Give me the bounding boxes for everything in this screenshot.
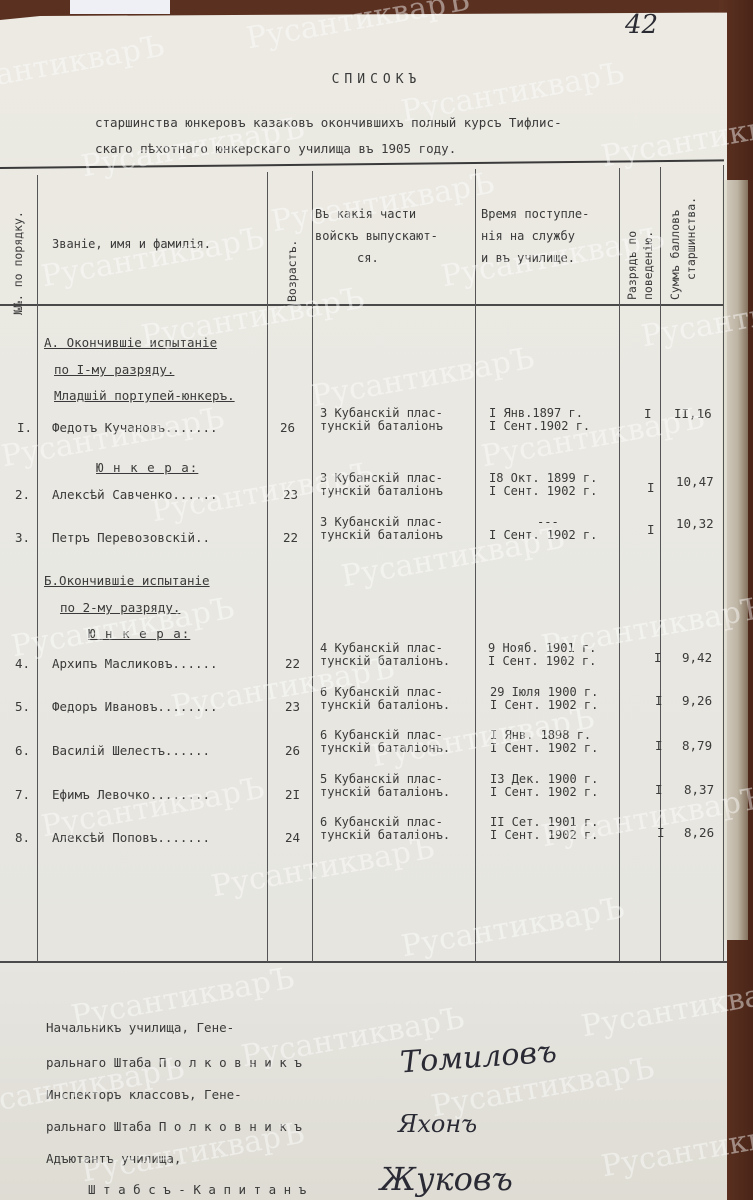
row-num: 4.: [15, 656, 30, 671]
row-unit-line: тунскій баталіонъ.: [320, 655, 450, 668]
row-dates: I Янв. 1898 г.I Сент. 1902 г.: [490, 729, 598, 755]
row-conduct: I: [644, 406, 652, 421]
row-date-line: I Сент. 1902 г.: [490, 829, 598, 842]
row-name: Ефимъ Левочко........: [52, 787, 210, 802]
col-divider: [723, 165, 724, 962]
row-conduct: I: [657, 825, 665, 840]
header-bottom-border: [0, 304, 724, 306]
row-name: Алексѣй Савченко......: [52, 487, 218, 502]
row-date-line: I Сент. 1902 г.: [488, 655, 596, 668]
row-score: 9,42: [682, 650, 712, 665]
row-unit: 5 Кубанскій плас-тунскій баталіонъ.: [320, 773, 450, 799]
inspector-signature: Яхонъ: [398, 1110, 477, 1138]
section-a-title: А. Окончившіе испытаніе: [44, 335, 217, 350]
row-date-line: I Сент.1902 г.: [489, 420, 590, 433]
row-unit: 3 Кубанскій плас-тунскій баталіонъ: [320, 516, 443, 542]
row-dates: I Янв.1897 г.I Сент.1902 г.: [489, 407, 590, 433]
header-time-line: и въ училище.: [481, 247, 589, 269]
row-name: Архипъ Масликовъ......: [52, 656, 218, 671]
row-conduct: I: [655, 782, 663, 797]
row-num: 7.: [15, 787, 30, 802]
adjutant-signature: Жуковъ: [380, 1160, 513, 1198]
row-score: 8,37: [684, 782, 714, 797]
section-b-subtitle: по 2-му разряду.: [60, 600, 180, 615]
row-age: 24: [285, 830, 300, 845]
row-name: Федотъ Кучановъ.......: [52, 420, 218, 435]
row-age: 26: [280, 420, 295, 435]
row-conduct: I: [655, 693, 663, 708]
header-age: Возрастъ.: [284, 240, 300, 302]
inspector-title-line-2: ральнаго Штаба П о л к о в н и к ъ: [46, 1119, 302, 1134]
row-num: 5.: [15, 699, 30, 714]
row-conduct: I: [647, 480, 655, 495]
row-date-line: I Сент. 1902 г.: [490, 699, 598, 712]
header-score-line: старшинства.: [683, 197, 699, 300]
row-unit-line: тунскій баталіонъ.: [320, 829, 450, 842]
section-a-rank: Младшій портупей-юнкеръ.: [54, 388, 235, 403]
row-num: I.: [17, 420, 32, 435]
header-name: Званіе, имя и фамилія.: [52, 233, 211, 255]
row-date-line: I Сент. 1902 г.: [489, 485, 597, 498]
row-unit-line: тунскій баталіонъ.: [320, 786, 450, 799]
header-unit: Въ какія части войскъ выпускают- ся.: [315, 203, 438, 269]
row-name: Петръ Перевозовскій..: [52, 530, 210, 545]
col-divider: [660, 167, 661, 962]
header-score-line: Суммъ балловъ: [667, 197, 683, 300]
header-time-line: Время поступле-: [481, 203, 589, 225]
adjutant-title-line-1: Адъютантъ училища,: [46, 1151, 181, 1166]
torn-edge: [722, 180, 748, 940]
row-unit-line: тунскій баталіонъ: [320, 529, 443, 542]
inspector-title-line-1: Инспекторъ классовъ, Гене-: [46, 1087, 242, 1102]
row-age: 23: [285, 699, 300, 714]
header-time: Время поступле- нія на службу и въ учили…: [481, 203, 589, 269]
row-name: Василій Шелестъ......: [52, 743, 210, 758]
row-unit-line: тунскій баталіонъ.: [320, 742, 450, 755]
row-score: 9,26: [682, 693, 712, 708]
header-conduct: Разрядъ по поведенію.: [624, 231, 656, 300]
row-age: 2I: [285, 787, 300, 802]
col-divider: [267, 172, 268, 962]
row-unit-line: тунскій баталіонъ.: [320, 699, 450, 712]
header-unit-line: Въ какія части: [315, 203, 438, 225]
header-time-line: нія на службу: [481, 225, 589, 247]
row-age: 22: [283, 530, 298, 545]
subtitle-line-1: старшинства юнкеровъ казаковъ окончивших…: [95, 110, 655, 136]
row-conduct: I: [654, 650, 662, 665]
row-date-line: I Сент. 1902 г.: [490, 786, 598, 799]
row-num: 6.: [15, 743, 30, 758]
header-score: Суммъ балловъ старшинства.: [667, 197, 699, 300]
row-score: II,16: [674, 406, 712, 421]
row-conduct: I: [655, 738, 663, 753]
col-divider: [475, 169, 476, 962]
row-score: 10,47: [676, 474, 714, 489]
row-dates: ---I Сент. 1902 г.: [489, 516, 597, 542]
row-age: 22: [285, 656, 300, 671]
row-dates: 29 Іюля 1900 г.I Сент. 1902 г.: [490, 686, 598, 712]
head-title-line-2: ральнаго Штаба П о л к о в н и к ъ: [46, 1055, 302, 1070]
row-unit-line: тунскій баталіонъ: [320, 485, 443, 498]
header-unit-line: войскъ выпускают-: [315, 225, 438, 247]
row-date-line: I Сент. 1902 г.: [489, 529, 597, 542]
section-a-junkers: Ю н к е р а:: [96, 460, 198, 475]
row-score: 8,26: [684, 825, 714, 840]
row-dates: I3 Дек. 1900 г.I Сент. 1902 г.: [490, 773, 598, 799]
table-bottom-border: [0, 961, 727, 963]
row-name: Алексѣй Поповъ.......: [52, 830, 210, 845]
underlying-paper: [70, 0, 170, 14]
header-conduct-line: Разрядъ по: [624, 231, 640, 300]
row-unit: 6 Кубанскій плас-тунскій баталіонъ.: [320, 686, 450, 712]
row-score: 8,79: [682, 738, 712, 753]
row-date-line: I Сент. 1902 г.: [490, 742, 598, 755]
row-age: 23: [283, 487, 298, 502]
row-unit: 6 Кубанскій плас-тунскій баталіонъ.: [320, 816, 450, 842]
row-dates: I8 Окт. 1899 г.I Сент. 1902 г.: [489, 472, 597, 498]
document-title: СПИСОКЪ: [0, 72, 753, 87]
row-score: 10,32: [676, 516, 714, 531]
row-num: 8.: [15, 830, 30, 845]
row-conduct: I: [647, 522, 655, 537]
row-unit: 3 Кубанскій плас-тунскій баталіонъ: [320, 407, 443, 433]
row-num: 2.: [15, 487, 30, 502]
header-unit-line: ся.: [315, 247, 438, 269]
row-dates: II Сет. 1901 г.I Сент. 1902 г.: [490, 816, 598, 842]
adjutant-title-line-2: Ш т а б с ъ - К а п и т а н ъ: [88, 1182, 306, 1197]
row-name: Федоръ Ивановъ........: [52, 699, 218, 714]
section-b-junkers: Ю н к е р а:: [88, 626, 190, 641]
row-unit: 6 Кубанскій плас-тунскій баталіонъ.: [320, 729, 450, 755]
col-divider: [312, 171, 313, 962]
document-subtitle: старшинства юнкеровъ казаковъ окончивших…: [95, 110, 655, 162]
section-b-title: Б.Окончившіе испытаніе: [44, 573, 210, 588]
section-a-subtitle: по I-му разряду.: [54, 362, 174, 377]
row-age: 26: [285, 743, 300, 758]
header-num: №№. по порядку.: [10, 211, 26, 315]
col-divider: [619, 168, 620, 962]
subtitle-line-2: скаго пѣхотнаго юнкерскаго училища въ 19…: [95, 136, 655, 162]
row-num: 3.: [15, 530, 30, 545]
row-unit: 3 Кубанскій плас-тунскій баталіонъ: [320, 472, 443, 498]
col-divider: [37, 175, 38, 962]
row-unit: 4 Кубанскій плас-тунскій баталіонъ.: [320, 642, 450, 668]
head-title-line-1: Начальникъ училища, Гене-: [46, 1020, 234, 1035]
header-conduct-line: поведенію.: [640, 231, 656, 300]
row-dates: 9 Нояб. 1901 г.I Сент. 1902 г.: [488, 642, 596, 668]
row-unit-line: тунскій баталіонъ: [320, 420, 443, 433]
page-number: 42: [625, 10, 658, 40]
